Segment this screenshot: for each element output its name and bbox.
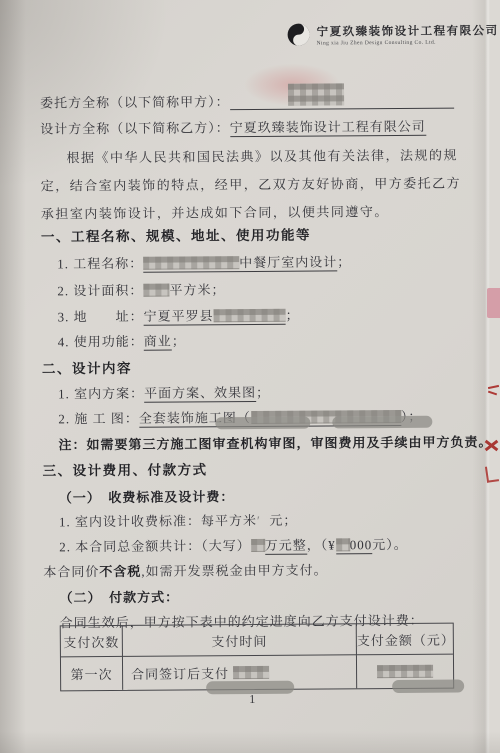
company-name-cn: 宁夏玖臻装饰设计工程有限公司 (317, 22, 499, 39)
usage-value: 商业 (144, 334, 172, 351)
interior-plan-line: 1. 室内方案：平面方案、效果图； (42, 380, 482, 402)
interior-plan-label: 1. 室内方案： (58, 386, 144, 402)
table-header-time: 支付时间 (123, 624, 357, 657)
construction-drawing-label: 2. 施 工 图： (58, 411, 139, 427)
line-end: ； (286, 308, 300, 323)
design-area-unit: 平方米； (169, 282, 225, 297)
interior-plan-value: 平面方案、效果图 (144, 385, 256, 403)
line-end: ； (172, 333, 186, 348)
address-value: 宁夏平罗县 (144, 308, 214, 323)
client-name-line: 委托方全称（以下简称甲方）： (40, 82, 464, 111)
payment-method-subtitle: （二） 付款方式： (43, 584, 483, 606)
payment-time-text: 合同签订后支付 (131, 663, 229, 683)
redaction-block (251, 539, 265, 552)
total-label: 2. 本合同总金额共计：（大写） (59, 538, 251, 554)
erased-fee-mark: ′ (257, 513, 261, 528)
company-letterhead: 宁夏玖臻装饰设计工程有限公司 Ning xia Jiu Zhen Design … (286, 20, 499, 47)
client-label: 委托方全称（以下简称甲方）： (40, 94, 230, 110)
company-logo-icon (286, 22, 312, 48)
design-area-line: 2. 设计面积：平方米； (41, 277, 481, 299)
total-capital-value: 万元整 (265, 538, 307, 555)
red-seal-fragment (487, 288, 500, 318)
address-line: 3. 地 址：宁夏平罗县； (42, 303, 482, 325)
fee-standard-line: 1. 室内设计收费标准：每平方米′ 元； (43, 508, 483, 530)
table-header-count: 支付次数 (61, 626, 123, 657)
designer-name-line: 设计方全称（以下简称乙方）：宁夏玖臻装饰设计工程有限公司 (40, 115, 464, 137)
company-name-en: Ning xia Jiu Zhen Design Consulting Co. … (317, 39, 499, 46)
total-mid: ，（¥ (307, 537, 336, 552)
section3-title: 三、设计费用、付款方式 (43, 456, 467, 479)
contract-page: 宁夏玖臻装饰设计工程有限公司 Ning xia Jiu Zhen Design … (0, 0, 500, 753)
total-number: 000 (350, 537, 373, 552)
table-cell-first-payment: 第一次 (61, 657, 123, 690)
redaction-block (287, 83, 343, 105)
project-name-line: 1. 工程名称：中餐厅室内设计； (41, 250, 481, 272)
redaction-block (143, 284, 169, 297)
address-label: 3. 地 址： (58, 309, 144, 325)
redaction-block (377, 665, 433, 678)
total-amount-line: 2. 本合同总金额共计：（大写）万元整，（¥000元）。 (43, 533, 483, 555)
table-header-amount: 支付金额（元） (357, 624, 453, 656)
section2-title: 二、设计内容 (42, 354, 466, 377)
line-end: ； (256, 385, 270, 400)
designer-name-value: 宁夏玖臻装饰设计工程有限公司 (230, 119, 426, 137)
red-mark-x (484, 438, 498, 452)
smudge-blob (215, 417, 310, 430)
fee-standard-subtitle: （一） 收费标准及设计费： (43, 484, 483, 506)
smudge-blob (332, 416, 432, 429)
tax-pre: 本合同价 (43, 564, 99, 579)
design-area-label: 2. 设计面积： (57, 283, 143, 299)
redaction-block (214, 309, 286, 323)
redaction-block (336, 538, 350, 551)
page-number: 1 (2, 690, 500, 708)
client-name-underline (229, 83, 453, 111)
red-mark (485, 465, 499, 483)
designer-label: 设计方全称（以下简称乙方）： (40, 120, 230, 136)
usage-label: 4. 使用功能： (58, 334, 144, 350)
fee-unit: 元； (269, 513, 297, 528)
usage-line: 4. 使用功能：商业； (42, 328, 482, 350)
section1-title: 一、工程名称、规模、地址、使用功能等 (41, 222, 465, 245)
line-end: ； (337, 254, 351, 269)
tax-excluded-bold: 不含税 (99, 564, 141, 579)
fee-label: 1. 室内设计收费标准：每平方米 (59, 513, 257, 529)
red-mark (488, 386, 499, 394)
project-name-label: 1. 工程名称： (57, 256, 143, 272)
project-name-value: 中餐厅室内设计 (239, 254, 337, 270)
redaction-block (233, 666, 269, 679)
total-number-underline: 000 (336, 537, 373, 554)
address-underline: 宁夏平罗县 (144, 308, 286, 326)
line-end: 元）。 (372, 537, 408, 552)
tax-post: ,如需开发票税金由甲方支付。 (141, 562, 327, 578)
note-line: 注：如需要第三方施工图审查机构审图，审图费用及手续由甲方负责。 (42, 431, 482, 453)
redaction-block (143, 256, 239, 270)
preamble-paragraph: 根据《中华人民共和国民法典》以及其他有关法律，法规的规定，结合室内装饰的特点，经… (40, 141, 465, 228)
project-name-underline: 中餐厅室内设计 (143, 254, 337, 272)
tax-line: 本合同价不含税,如需开发票税金由甲方支付。 (43, 558, 467, 580)
